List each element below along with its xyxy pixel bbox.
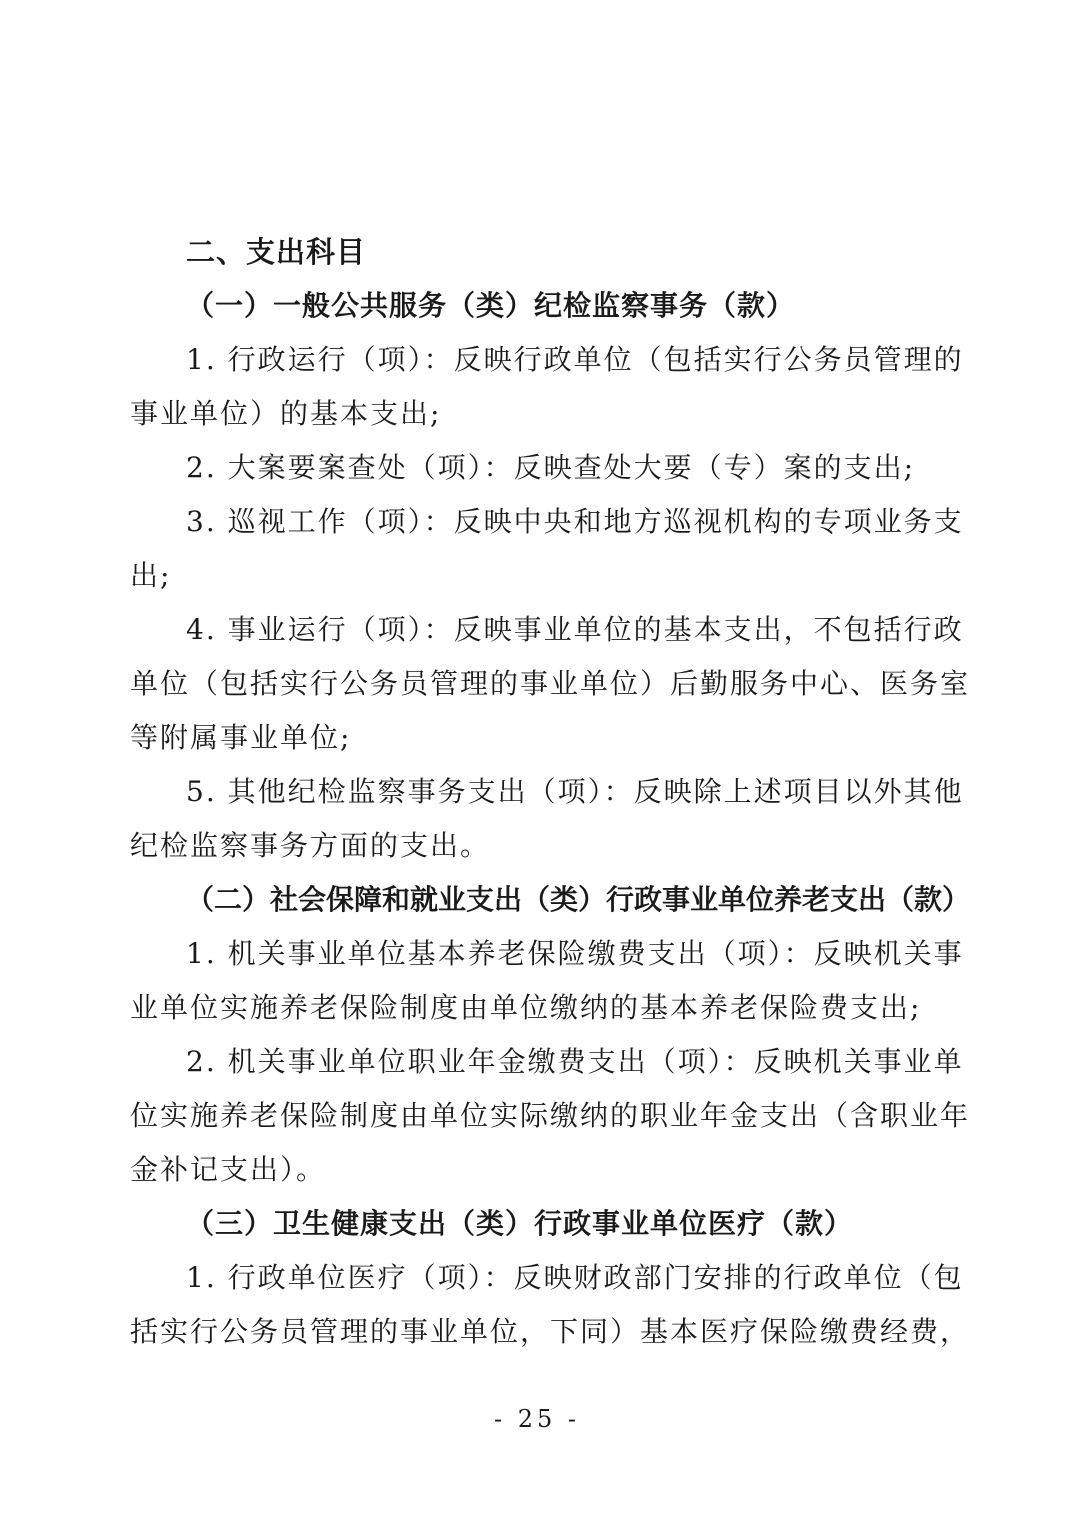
subsection-heading-1: （一）一般公共服务（类）纪检监察事务（款）: [186, 288, 1006, 324]
item-1-4-line-2: 单位（包括实行公务员管理的事业单位）后勤服务中心、医务室: [130, 666, 950, 702]
item-1-5-line-2: 纪检监察事务方面的支出。: [130, 828, 950, 864]
subsection-heading-2: （二）社会保障和就业支出（类）行政事业单位养老支出（款）: [186, 882, 950, 918]
item-3-1-line-1: 1. 行政单位医疗（项）：反映财政部门安排的行政单位（包: [186, 1260, 950, 1296]
document-page: 二、支出科目 （一）一般公共服务（类）纪检监察事务（款） 1. 行政运行（项）：…: [0, 0, 1074, 1520]
item-2-2-line-3: 金补记支出）。: [130, 1152, 950, 1188]
page-number: - 25 -: [0, 1404, 1074, 1434]
item-2-2-line-1: 2. 机关事业单位职业年金缴费支出（项）：反映机关事业单: [186, 1044, 950, 1080]
item-1-4-line-1: 4. 事业运行（项）：反映事业单位的基本支出，不包括行政: [186, 612, 950, 648]
item-1-2-line-1: 2. 大案要案查处（项）：反映查处大要（专）案的支出;: [186, 450, 1006, 486]
item-1-5-line-1: 5. 其他纪检监察事务支出（项）：反映除上述项目以外其他: [186, 774, 950, 810]
item-1-4-line-3: 等附属事业单位;: [130, 720, 950, 756]
item-1-3-line-2: 出;: [130, 558, 950, 594]
item-1-1-line-1: 1. 行政运行（项）：反映行政单位（包括实行公务员管理的: [186, 342, 950, 378]
item-1-3-line-1: 3. 巡视工作（项）：反映中央和地方巡视机构的专项业务支: [186, 504, 950, 540]
subsection-heading-3: （三）卫生健康支出（类）行政事业单位医疗（款）: [186, 1206, 1006, 1242]
item-2-1-line-1: 1. 机关事业单位基本养老保险缴费支出（项）：反映机关事: [186, 936, 950, 972]
item-2-1-line-2: 业单位实施养老保险制度由单位缴纳的基本养老保险费支出;: [130, 990, 950, 1026]
item-3-1-line-2: 括实行公务员管理的事业单位，下同）基本医疗保险缴费经费，: [130, 1314, 950, 1350]
item-2-2-line-2: 位实施养老保险制度由单位实际缴纳的职业年金支出（含职业年: [130, 1098, 950, 1134]
section-title: 二、支出科目: [186, 234, 1006, 270]
item-1-1-line-2: 事业单位）的基本支出;: [130, 396, 950, 432]
